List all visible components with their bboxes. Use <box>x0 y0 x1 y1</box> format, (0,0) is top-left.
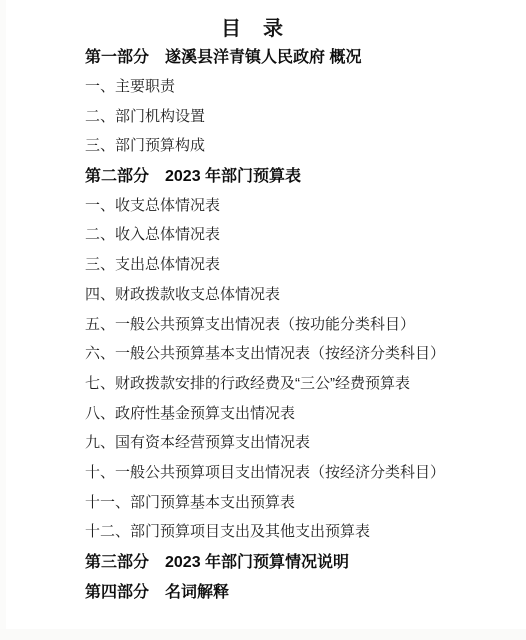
toc-item: 十二、部门预算项目支出及其他支出预算表 <box>85 516 526 546</box>
toc-item: 六、一般公共预算基本支出情况表（按经济分类科目） <box>85 338 526 368</box>
page-edge-bottom <box>0 629 526 640</box>
toc-section-heading: 第三部分 2023 年部门预算情况说明 <box>85 546 526 576</box>
toc-page: 目 录 第一部分 遂溪县洋青镇人民政府 概况一、主要职责二、部门机构设置三、部门… <box>0 0 526 640</box>
toc-section-heading: 第四部分 名词解释 <box>85 575 526 605</box>
toc-item: 十、一般公共预算项目支出情况表（按经济分类科目） <box>85 457 526 487</box>
toc-item: 八、政府性基金预算支出情况表 <box>85 397 526 427</box>
toc-section-heading: 第二部分 2023 年部门预算表 <box>85 160 526 190</box>
toc-item: 二、收入总体情况表 <box>85 219 526 249</box>
toc-item: 一、收支总体情况表 <box>85 189 526 219</box>
toc-item: 四、财政拨款收支总体情况表 <box>85 279 526 309</box>
toc-item: 九、国有资本经营预算支出情况表 <box>85 427 526 457</box>
toc-item: 五、一般公共预算支出情况表（按功能分类科目） <box>85 308 526 338</box>
toc-item: 十一、部门预算基本支出预算表 <box>85 486 526 516</box>
toc-list: 第一部分 遂溪县洋青镇人民政府 概况一、主要职责二、部门机构设置三、部门预算构成… <box>85 41 526 605</box>
toc-section-heading: 第一部分 遂溪县洋青镇人民政府 概况 <box>85 41 526 71</box>
page-title: 目 录 <box>0 11 505 41</box>
toc-item: 三、支出总体情况表 <box>85 249 526 279</box>
page-edge-left <box>0 0 6 640</box>
toc-item: 一、主要职责 <box>85 71 526 101</box>
toc-item: 二、部门机构设置 <box>85 100 526 130</box>
toc-item: 七、财政拨款安排的行政经费及“三公”经费预算表 <box>85 368 526 398</box>
toc-item: 三、部门预算构成 <box>85 130 526 160</box>
